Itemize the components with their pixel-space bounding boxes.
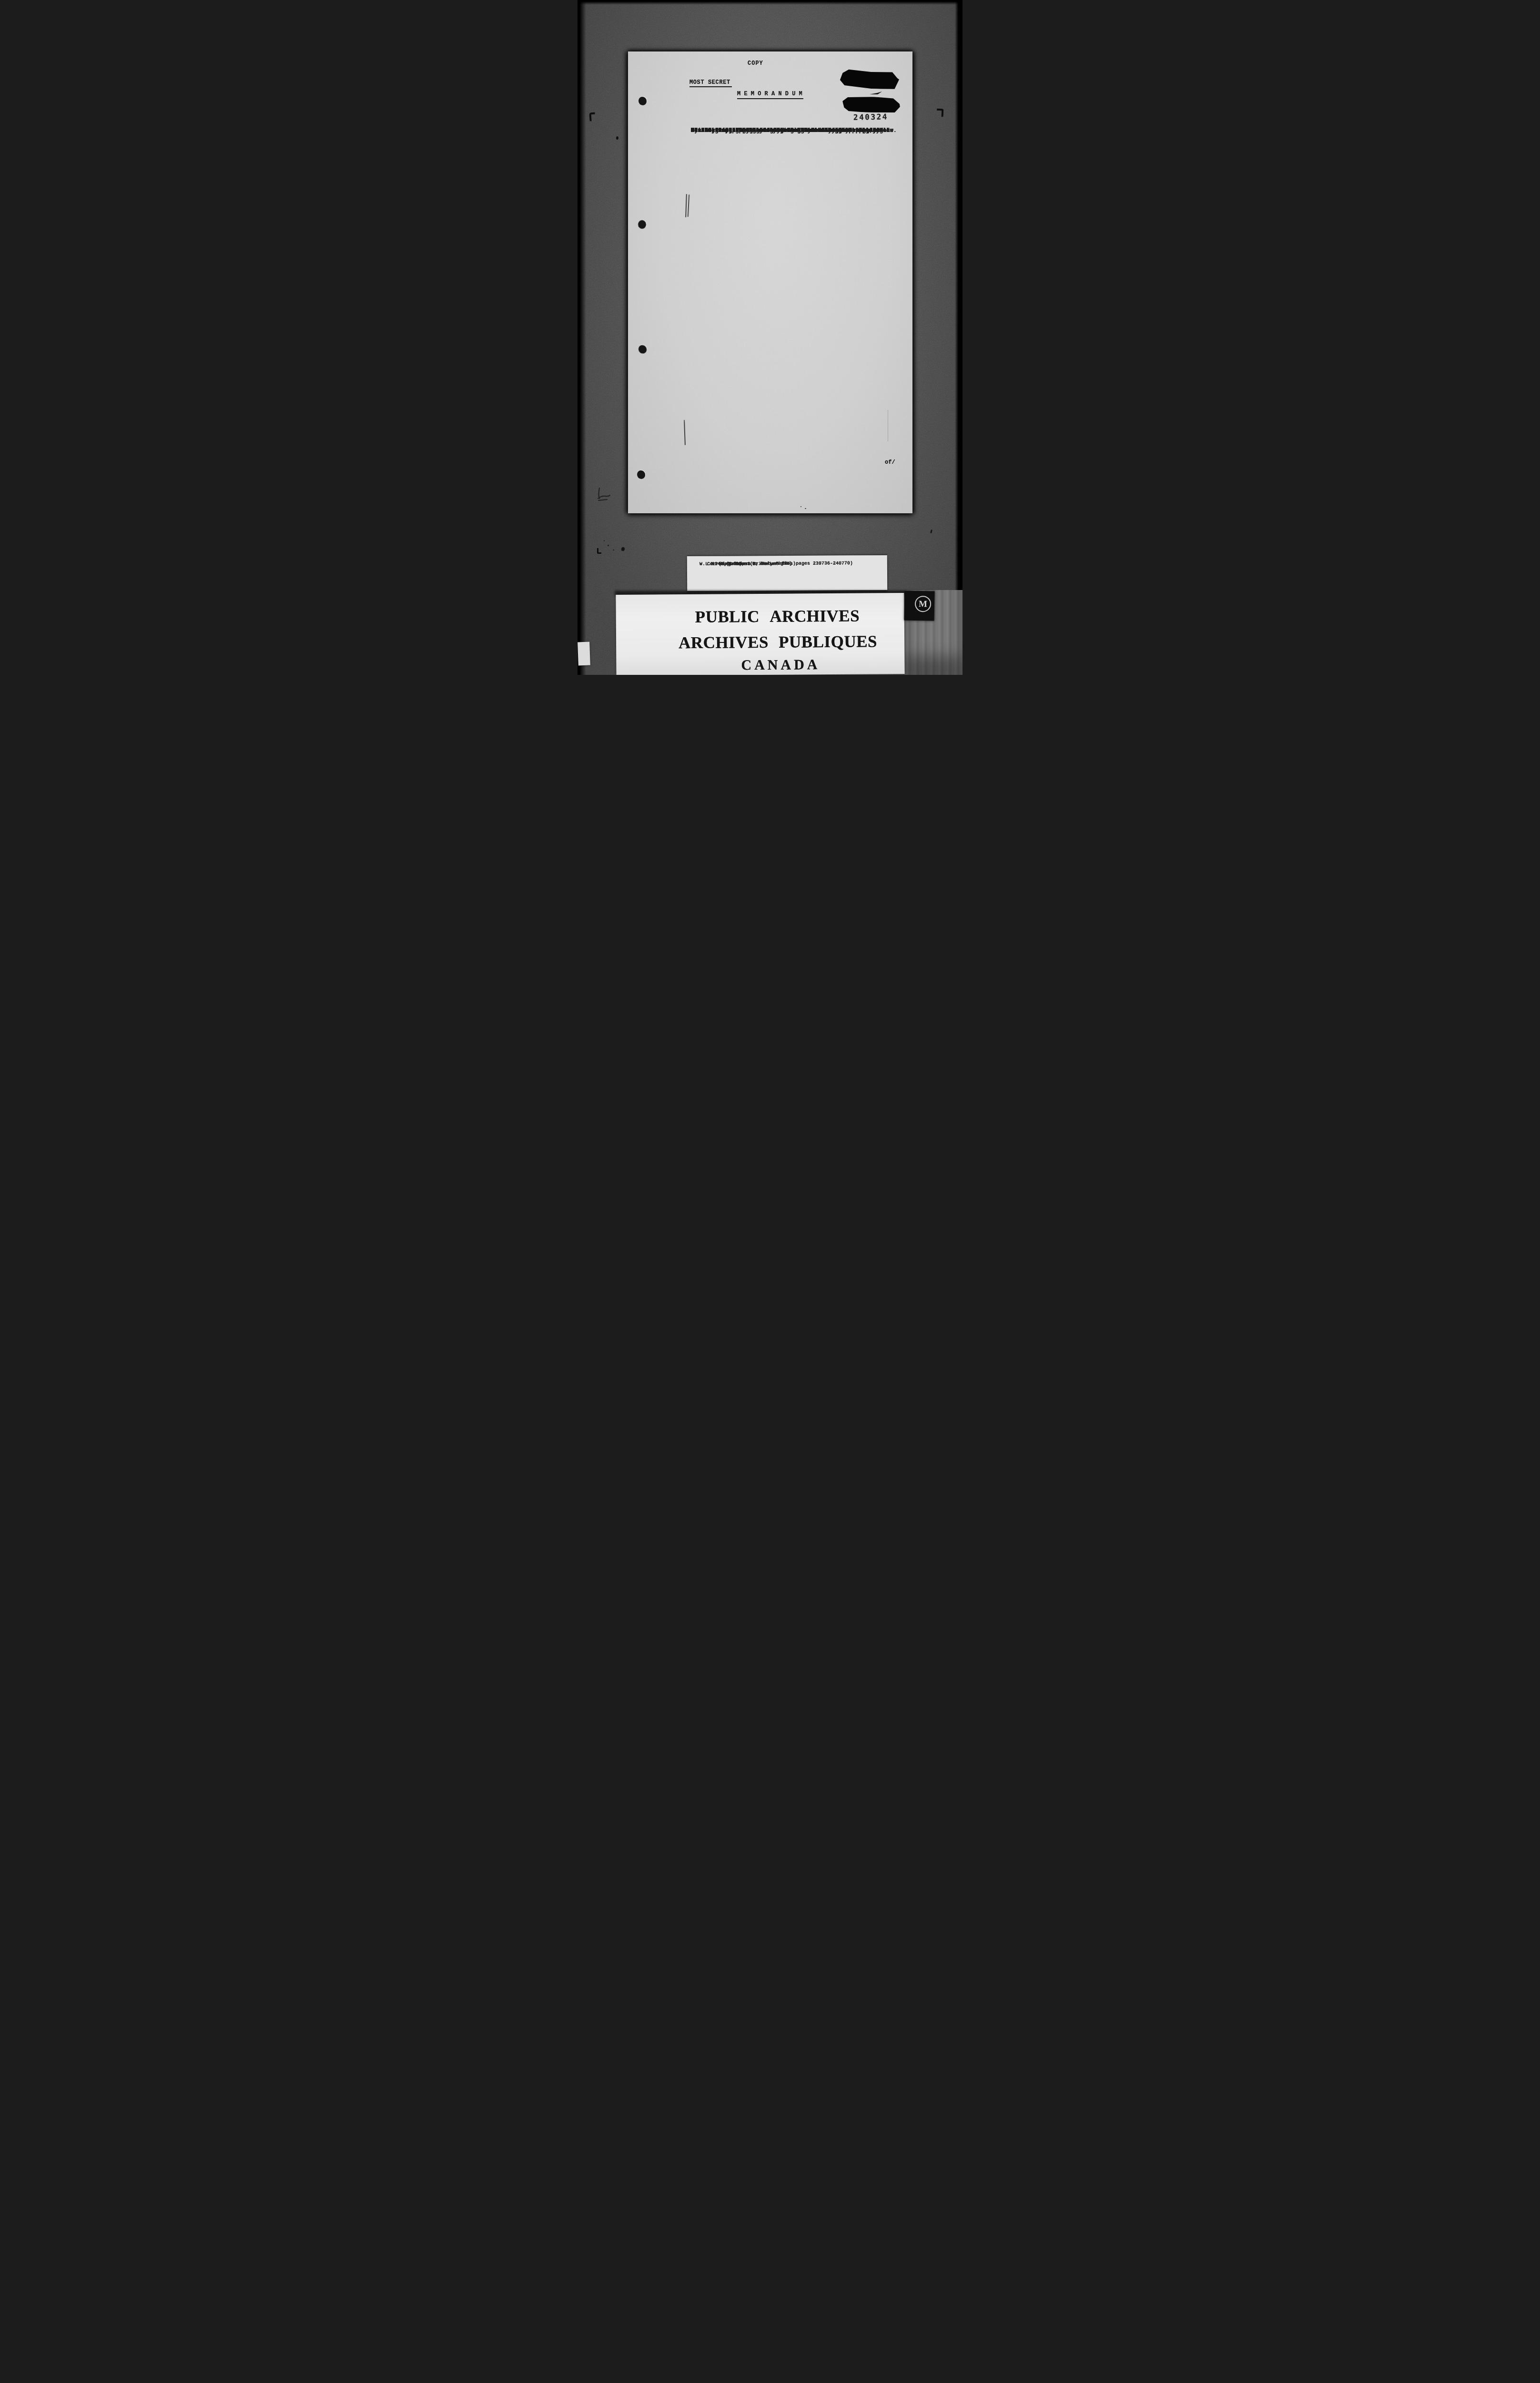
film-speck [613,550,614,550]
archive-reference-label: W.L.M. King PapersCorrespondence (Primar… [687,555,887,591]
corner-bracket-mark-top-right [937,109,944,117]
redaction-bar-bottom [842,96,901,113]
archives-monogram-icon: M [915,596,932,612]
sign-title-english: PUBLIC ARCHIVES [695,607,860,627]
punch-hole [638,97,647,105]
film-edge-right [955,0,962,675]
ink-dot-mark [616,136,618,140]
sign-country: CANADA [741,657,820,673]
archive-label-line: (M.G. 26, J 1, Volume 284, pages 239736-… [719,561,853,568]
copy-label: COPY [748,60,763,67]
document-line: which seems to them in contradiction bot… [691,125,880,137]
film-scratch [888,410,888,441]
archives-logo-plate: M [904,591,934,621]
classification-label: MOST SECRET [689,79,732,87]
film-edge-left [577,0,586,675]
corner-bracket-mark-top-left [589,112,595,122]
public-archives-sign: PUBLIC ARCHIVES ARCHIVES PUBLIQUES CANAD… [616,593,904,675]
check-mark [870,92,882,95]
film-splice-patch [577,642,590,666]
page-title: M E M O R A N D U M [737,91,803,99]
sign-title-french: ARCHIVES PUBLIQUES [679,632,877,652]
paper-speck [800,506,801,507]
corner-bracket-mark-bottom-left [597,548,601,554]
microfilm-scan: COPY MOST SECRET M E M O R A N D U M 240… [577,0,962,675]
logo-letter: M [919,599,927,608]
paper-speck [805,508,806,509]
punch-hole [637,470,645,479]
handwritten-scribble-mark [596,487,612,502]
page-number-stamp: 240324 [853,112,888,122]
catchword: of/ [885,459,895,466]
film-speck [604,540,605,541]
film-edge-top [577,0,962,5]
film-speck [608,545,609,546]
